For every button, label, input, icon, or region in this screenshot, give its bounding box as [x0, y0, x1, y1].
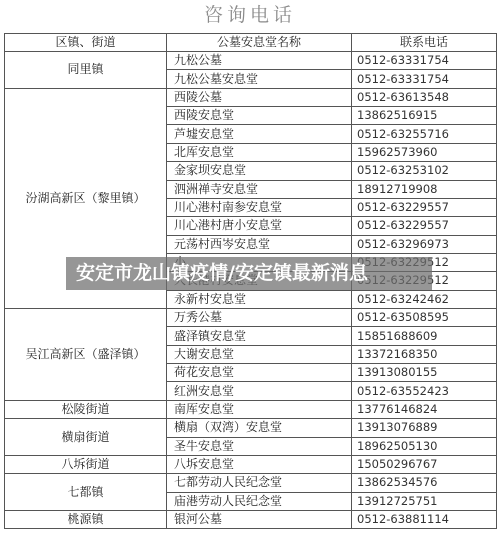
phone-cell: 13913080155: [352, 364, 497, 382]
table-row: 同里镇九松公墓0512-63331754: [5, 52, 497, 70]
cemetery-name-cell: 芦墟安息堂: [167, 125, 352, 143]
phone-cell: 18912719908: [352, 180, 497, 198]
cemetery-name-cell: 南厍安息堂: [167, 400, 352, 418]
table-row: 桃源镇银河公墓0512-63881114: [5, 510, 497, 528]
table-row: 横扇街道横扇（双湾）安息堂13913076889: [5, 419, 497, 437]
phone-cell: 13776146824: [352, 400, 497, 418]
cemetery-name-cell: 川心港村唐小安息堂: [167, 217, 352, 235]
cemetery-name-cell: 川心港村南参安息堂: [167, 198, 352, 216]
phone-cell: 13372168350: [352, 345, 497, 363]
cemetery-name-cell: 庙港劳动人民纪念堂: [167, 492, 352, 510]
phone-cell: 0512-63229557: [352, 217, 497, 235]
cemetery-name-cell: 北厍安息堂: [167, 143, 352, 161]
table-row: 吴江高新区（盛泽镇）万秀公墓0512-63508595: [5, 309, 497, 327]
cemetery-name-cell: 九松公墓: [167, 52, 352, 70]
region-cell: 八坼街道: [5, 455, 167, 473]
header-row: 区镇、街道 公墓安息堂名称 联系电话: [5, 34, 497, 52]
phone-cell: 0512-63552423: [352, 382, 497, 400]
table-row: 汾湖高新区（黎里镇）西陵公墓0512-63613548: [5, 88, 497, 106]
phone-cell: 0512-63255716: [352, 125, 497, 143]
cemetery-name-cell: 荷花安息堂: [167, 364, 352, 382]
region-cell: 吴江高新区（盛泽镇）: [5, 309, 167, 401]
phone-cell: 0512-63508595: [352, 309, 497, 327]
cemetery-name-cell: 金家坝安息堂: [167, 162, 352, 180]
phone-cell: 0512-63229557: [352, 198, 497, 216]
header-name: 公墓安息堂名称: [167, 34, 352, 52]
phone-cell: 13913076889: [352, 419, 497, 437]
phone-cell: 0512-63331754: [352, 52, 497, 70]
cemetery-name-cell: 泗洲禅寺安息堂: [167, 180, 352, 198]
phone-cell: 15851688609: [352, 327, 497, 345]
header-region: 区镇、街道: [5, 34, 167, 52]
table-row: 七都镇七都劳动人民纪念堂13862534576: [5, 474, 497, 492]
phone-cell: 0512-63881114: [352, 510, 497, 528]
cemetery-name-cell: 西陵安息堂: [167, 107, 352, 125]
table-row: 八坼街道八坼安息堂15050296767: [5, 455, 497, 473]
phone-cell: 18962505130: [352, 437, 497, 455]
page-title: 咨询电话: [0, 2, 500, 28]
cemetery-name-cell: 八坼安息堂: [167, 455, 352, 473]
region-cell: 同里镇: [5, 52, 167, 89]
region-cell: 松陵街道: [5, 400, 167, 418]
phone-cell: 0512-63331754: [352, 70, 497, 88]
region-cell: 桃源镇: [5, 510, 167, 528]
phone-cell: 13862516915: [352, 107, 497, 125]
region-cell: 七都镇: [5, 474, 167, 511]
phone-cell: 15962573960: [352, 143, 497, 161]
cemetery-name-cell: 九松公墓安息堂: [167, 70, 352, 88]
phone-cell: 0512-63613548: [352, 88, 497, 106]
cemetery-name-cell: 七都劳动人民纪念堂: [167, 474, 352, 492]
phone-cell: 13862534576: [352, 474, 497, 492]
cemetery-name-cell: 元荡村西岑安息堂: [167, 235, 352, 253]
table-body: 同里镇九松公墓0512-63331754九松公墓安息堂0512-63331754…: [5, 52, 497, 529]
phone-cell: 0512-63296973: [352, 235, 497, 253]
table-row: 松陵街道南厍安息堂13776146824: [5, 400, 497, 418]
overlay-banner: 安定市龙山镇疫情/安定镇最新消息: [66, 257, 432, 290]
cemetery-name-cell: 永新村安息堂: [167, 290, 352, 308]
cemetery-name-cell: 万秀公墓: [167, 309, 352, 327]
phone-cell: 0512-63242462: [352, 290, 497, 308]
cemetery-name-cell: 西陵公墓: [167, 88, 352, 106]
cemetery-name-cell: 圣牛安息堂: [167, 437, 352, 455]
region-cell: 横扇街道: [5, 419, 167, 456]
header-phone: 联系电话: [352, 34, 497, 52]
cemetery-name-cell: 盛泽镇安息堂: [167, 327, 352, 345]
cemetery-name-cell: 红洲安息堂: [167, 382, 352, 400]
phone-cell: 0512-63253102: [352, 162, 497, 180]
cemetery-name-cell: 横扇（双湾）安息堂: [167, 419, 352, 437]
phone-cell: 15050296767: [352, 455, 497, 473]
cemetery-name-cell: 大谢安息堂: [167, 345, 352, 363]
phone-cell: 13912725751: [352, 492, 497, 510]
cemetery-name-cell: 银河公墓: [167, 510, 352, 528]
